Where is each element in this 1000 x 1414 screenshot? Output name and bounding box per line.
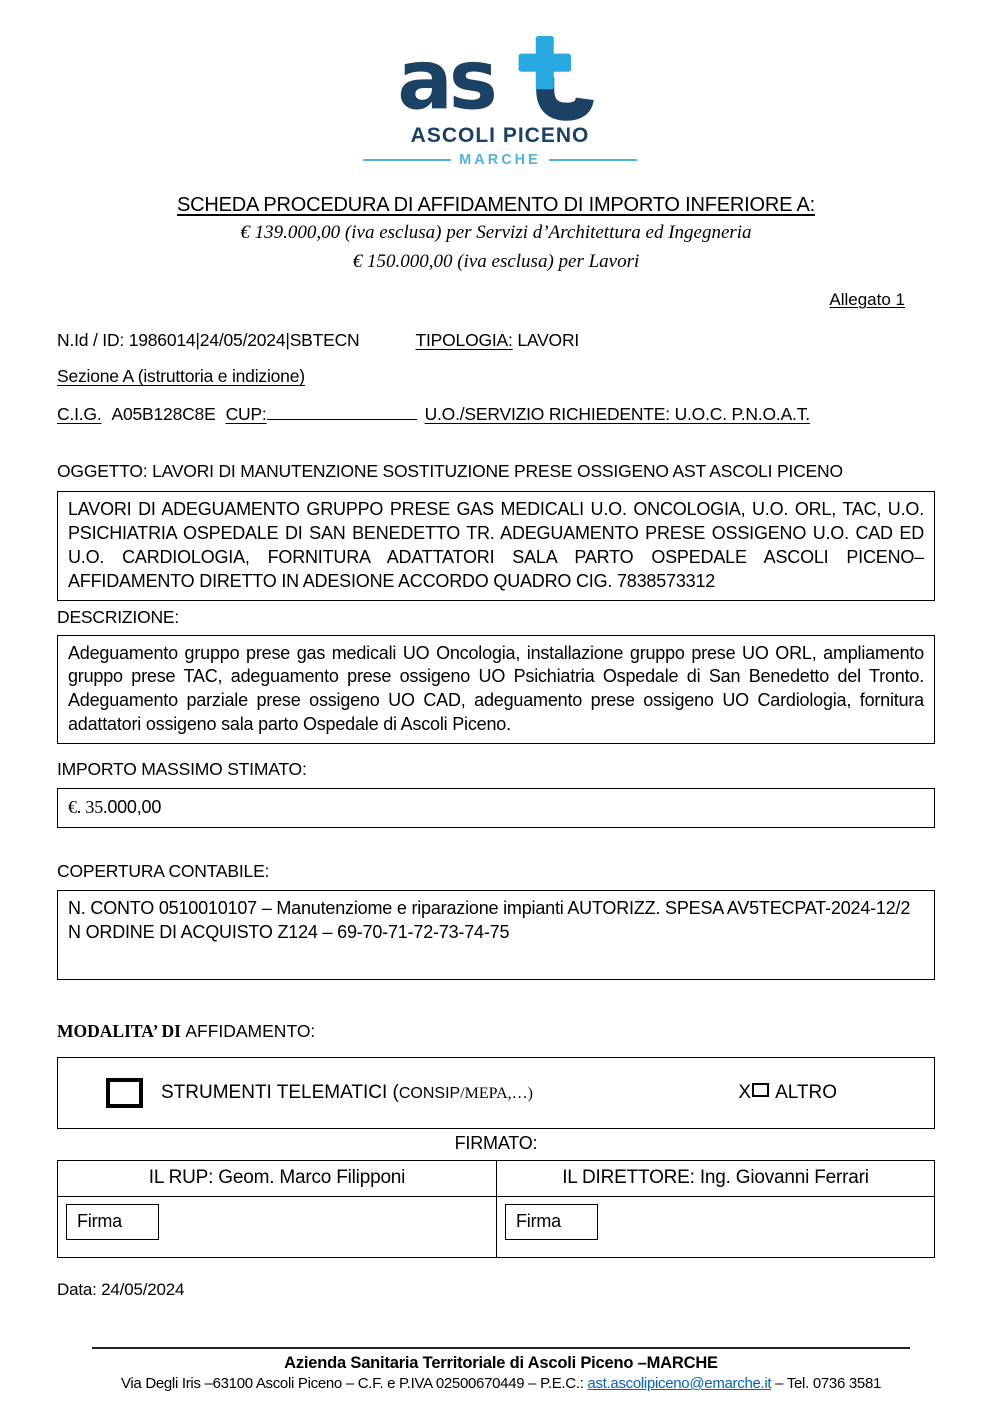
document-subtitle-1: € 139.000,00 (iva esclusa) per Servizi d… xyxy=(57,220,935,246)
footer-address-line: Via Degli Iris –63100 Ascoli Piceno – C.… xyxy=(92,1375,910,1392)
direttore-column: IL DIRETTORE: Ing. Giovanni Ferrari Firm… xyxy=(496,1161,934,1257)
importo-label: IMPORTO MASSIMO STIMATO: xyxy=(57,759,935,780)
rup-signature-cell: Firma xyxy=(58,1197,496,1257)
logo-right-rule xyxy=(549,159,637,161)
importo-value-serif: €. 35. xyxy=(68,796,107,820)
modalita-heading-sans: AFFIDAMENTO: xyxy=(185,1021,315,1041)
altro-label: ALTRO xyxy=(775,1082,837,1104)
footer-org-name: Azienda Sanitaria Territoriale di Ascoli… xyxy=(92,1354,910,1373)
meta-row-cig: C.I.G. A05B128C8E CUP: U.O./SERVIZIO RIC… xyxy=(57,402,935,425)
logo-city-text: ASCOLI PICENO xyxy=(0,124,1000,148)
oggetto-box: LAVORI DI ADEGUAMENTO GRUPPO PRESE GAS M… xyxy=(57,491,935,601)
footer-divider xyxy=(92,1347,910,1349)
logo-region-row: MARCHE xyxy=(0,152,1000,168)
cup-blank-field[interactable] xyxy=(267,402,417,420)
record-id: N.Id / ID: 1986014|24/05/2024|SBTECN xyxy=(57,330,360,351)
copertura-line-1: N. CONTO 0510010107 – Manutenziome e rip… xyxy=(68,897,924,921)
firmato-label: FIRMATO: xyxy=(57,1133,935,1154)
logo-brand-text: as xyxy=(397,36,494,122)
rup-column: IL RUP: Geom. Marco Filipponi Firma xyxy=(58,1161,496,1257)
page-footer: Azienda Sanitaria Territoriale di Ascoli… xyxy=(92,1347,910,1392)
logo-block: as ASCOLI PICENO MARCHE xyxy=(0,0,1000,168)
cup-label: CUP: xyxy=(226,404,267,425)
document-subtitle-2: € 150.000,00 (iva esclusa) per Lavori xyxy=(57,249,935,275)
direttore-header: IL DIRETTORE: Ing. Giovanni Ferrari xyxy=(497,1161,934,1197)
tipologia-value: LAVORI xyxy=(513,330,579,350)
attachment-label: Allegato 1 xyxy=(57,290,935,310)
servizio-richiedente: U.O./SERVIZIO RICHIEDENTE: U.O.C. P.N.O.… xyxy=(425,404,810,425)
meta-block: N.Id / ID: 1986014|24/05/2024|SBTECN TIP… xyxy=(57,330,935,425)
descrizione-label: DESCRIZIONE: xyxy=(57,607,935,628)
importo-box: €. 35.000,00 xyxy=(57,788,935,828)
copertura-line-2: N ORDINE DI ACQUISTO Z124 – 69-70-71-72-… xyxy=(68,921,924,945)
logo-region-text: MARCHE xyxy=(459,152,541,168)
copertura-box: N. CONTO 0510010107 – Manutenziome e rip… xyxy=(57,890,935,980)
direttore-firma-field[interactable]: Firma xyxy=(505,1204,598,1240)
sezione-label: Sezione A (istruttoria e indizione) xyxy=(57,366,305,387)
importo-value-sans: 000,00 xyxy=(107,796,161,820)
modalita-heading-serif: MODALITA’ DI xyxy=(57,1021,185,1041)
ast-logo-icon: as xyxy=(383,36,618,122)
strumenti-telematici-checkbox[interactable] xyxy=(106,1078,143,1108)
copertura-label: COPERTURA CONTABILE: xyxy=(57,861,935,882)
modalita-heading: MODALITA’ DI AFFIDAMENTO: xyxy=(57,1021,935,1042)
meta-row-id: N.Id / ID: 1986014|24/05/2024|SBTECN TIP… xyxy=(57,330,935,351)
cig-label: C.I.G. xyxy=(57,404,102,425)
logo-left-rule xyxy=(363,159,451,161)
meta-row-sezione: Sezione A (istruttoria e indizione) xyxy=(57,366,935,387)
descrizione-box: Adeguamento gruppo prese gas medicali UO… xyxy=(57,635,935,745)
modalita-box: STRUMENTI TELEMATICI (CONSIP/MEPA,…) X A… xyxy=(57,1057,935,1129)
rup-firma-field[interactable]: Firma xyxy=(66,1204,159,1240)
altro-checkbox[interactable] xyxy=(752,1083,769,1097)
tipologia-label: TIPOLOGIA: xyxy=(416,330,513,350)
strumenti-telematici-label: STRUMENTI TELEMATICI (CONSIP/MEPA,…) xyxy=(161,1082,533,1104)
cig-value: A05B128C8E xyxy=(112,404,216,425)
rup-header: IL RUP: Geom. Marco Filipponi xyxy=(58,1161,496,1197)
signature-table: IL RUP: Geom. Marco Filipponi Firma IL D… xyxy=(57,1160,935,1258)
altro-x-mark: X xyxy=(738,1082,751,1104)
direttore-signature-cell: Firma xyxy=(497,1197,934,1257)
date-line: Data: 24/05/2024 xyxy=(57,1280,935,1300)
altro-option-group: X ALTRO xyxy=(738,1082,837,1104)
oggetto-heading: OGGETTO: LAVORI DI MANUTENZIONE SOSTITUZ… xyxy=(57,461,935,482)
tipologia-group: TIPOLOGIA: LAVORI xyxy=(416,330,580,351)
document-title: SCHEDA PROCEDURA DI AFFIDAMENTO DI IMPOR… xyxy=(57,194,935,217)
document-page: as ASCOLI PICENO MARCHE SCHEDA PROCEDURA… xyxy=(0,0,1000,1414)
footer-email-link[interactable]: ast.ascolipiceno@emarche.it xyxy=(587,1375,771,1392)
